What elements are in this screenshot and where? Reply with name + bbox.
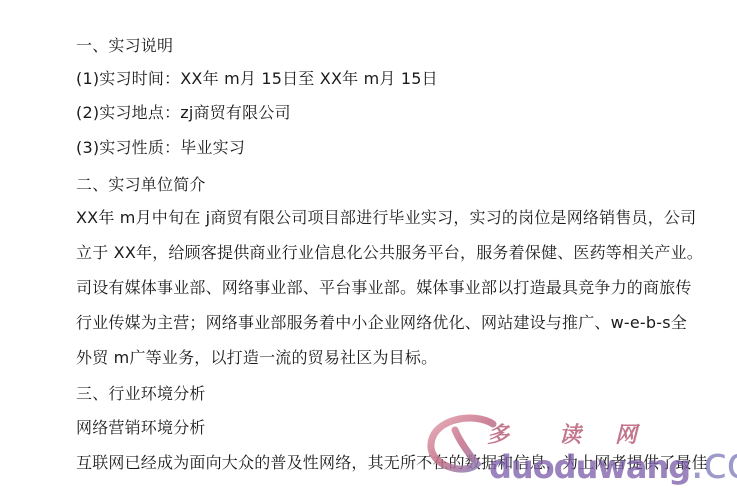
watermark-char-2: 读	[559, 418, 581, 449]
item-2: (2)实习地点：zj商贸有限公司	[76, 103, 291, 123]
ribbon-logo-icon	[425, 414, 515, 489]
item-1: (1)实习时间：XX年 m月 15日至 XX年 m月 15日	[76, 69, 438, 89]
heading-2: 二、实习单位简介	[76, 175, 206, 195]
subheading-1: 网络营销环境分析	[76, 418, 206, 438]
para-1-line-1: XX年 m月中旬在 j商贸有限公司项目部进行毕业实习，实习的岗位是网络销售员，公…	[76, 208, 696, 228]
heading-3: 三、行业环境分析	[76, 384, 206, 404]
para-1-line-5: 外贸 m广等业务，以打造一流的贸易社区为目标。	[76, 348, 437, 368]
item-3: (3)实习性质：毕业实习	[76, 138, 245, 158]
para-1-line-2: 立于 XX年，给顾客提供商业行业信息化公共服务平台，服务着保健、医药等相关产业。	[76, 243, 703, 263]
para-1-line-3: 司设有媒体事业部、网络事业部、平台事业部。媒体事业部以打造最具竞争力的商旅传	[76, 278, 692, 298]
para-1-line-4: 行业传媒为主营；网络事业部服务着中小企业网络优化、网站建设与推广、w-e-b-s…	[76, 313, 687, 333]
heading-1: 一、实习说明	[76, 36, 173, 56]
watermark-char-1: 多	[487, 418, 509, 449]
watermark-char-3: 网	[615, 418, 637, 449]
watermark-logo: 多 读 网 duoduwang.com	[425, 414, 737, 489]
para-2-line-1: 互联网已经成为面向大众的普及性网络，其无所不在的数据和信息，为上网者提供了最佳	[76, 453, 708, 473]
